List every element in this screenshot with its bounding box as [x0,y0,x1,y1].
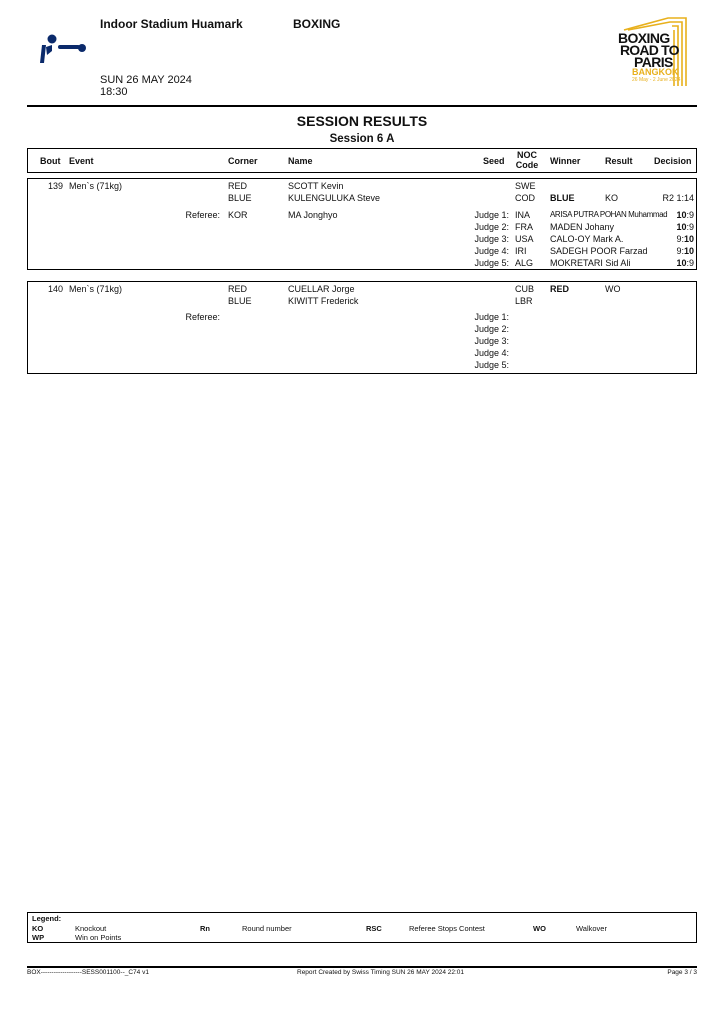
legend-desc-wo: Walkover [576,924,607,933]
sport-name: BOXING [293,17,340,31]
red-boxer-name: SCOTT Kevin [288,181,343,191]
venue-name: Indoor Stadium Huamark [100,17,243,31]
col-winner: Winner [550,156,580,166]
result: WO [605,284,621,294]
col-bout: Bout [40,156,61,166]
judge-score: 9:10 [648,246,694,256]
col-seed: Seed [483,156,505,166]
judge-noc: IRI [515,246,527,256]
judge-name: SADEGH POOR Farzad [550,246,648,256]
referee-noc: KOR [228,210,248,220]
judge-score: 10:9 [648,258,694,268]
table-header: Bout Event Corner Name Seed NOC Code Win… [27,148,697,173]
judge-label: Judge 1: [448,312,509,322]
judge-score-blue: 10 [684,234,694,244]
blue-noc: LBR [515,296,533,306]
judge-label: Judge 2: [448,222,509,232]
judge-label: Judge 5: [448,360,509,370]
legend-box: Legend: KO Knockout Rn Round number RSC … [27,912,697,943]
winner: BLUE [550,193,575,203]
page-number: Page 3 / 3 [620,969,697,976]
judge-score: 9:10 [648,234,694,244]
legend-code-ko: KO [32,924,43,933]
judge-score: 10:9 [648,210,694,220]
judge-label: Judge 1: [448,210,509,220]
report-created: Report Created by Swiss Timing SUN 26 MA… [297,969,464,976]
blue-boxer-name: KULENGULUKA Steve [288,193,380,203]
logo-line-4: BANGKOK [632,68,679,77]
judge-name: CALO-OY Mark A. [550,234,623,244]
judge-label: Judge 5: [448,258,509,268]
legend-code-wo: WO [533,924,546,933]
red-boxer-name: CUELLAR Jorge [288,284,355,294]
judge-score-red: 10 [676,222,686,232]
judge-name: MOKRETARI Sid Ali [550,258,630,268]
col-result: Result [605,156,633,166]
legend-code-rn: Rn [200,924,210,933]
judge-label: Judge 3: [448,234,509,244]
judge-name: MADEN Johany [550,222,614,232]
bout-event: Men`s (71kg) [69,181,122,191]
legend-desc-rsc: Referee Stops Contest [409,924,485,933]
legend-desc-rn: Round number [242,924,292,933]
judge-noc: ALG [515,258,533,268]
judge-noc: FRA [515,222,533,232]
session-date: SUN 26 MAY 2024 [100,74,192,86]
session-time: 18:30 [100,86,128,98]
legend-code-rsc: RSC [366,924,382,933]
legend-desc-ko: Knockout [75,924,106,933]
col-noc-line1: NOC [515,150,539,160]
result: KO [605,193,618,203]
header-divider [27,105,697,107]
col-decision: Decision [654,156,692,166]
blue-noc: COD [515,193,535,203]
bout-number: 140 [28,284,63,294]
judge-label: Judge 3: [448,336,509,346]
judge-score-blue: 9 [689,210,694,220]
judge-score-red: 10 [676,210,686,220]
legend-desc-wp: Win on Points [75,933,121,942]
report-title: SESSION RESULTS [0,113,724,129]
red-corner-label: RED [228,181,247,191]
boxing-pictogram-icon [36,33,92,67]
session-subtitle: Session 6 A [0,133,724,145]
judge-noc: USA [515,234,534,244]
blue-corner-label: BLUE [228,193,252,203]
col-name: Name [288,156,313,166]
judge-label: Judge 2: [448,324,509,334]
logo-dates: 26 May - 2 June 2024 [632,77,680,83]
judge-score-blue: 9 [689,258,694,268]
bout-number: 139 [28,181,63,191]
judge-noc: INA [515,210,530,220]
boxing-road-to-paris-logo: BOXING ROAD TO PARIS BANGKOK 26 May - 2 … [612,16,692,92]
judge-score-red: 10 [676,258,686,268]
decision: R2 1:14 [628,193,694,203]
judge-score-blue: 9 [689,222,694,232]
report-code: BOX-------------------SESS001100--_C74 v… [27,969,149,976]
footer-divider [27,966,697,968]
blue-boxer-name: KIWITT Frederick [288,296,358,306]
judge-label: Judge 4: [448,246,509,256]
judge-label: Judge 4: [448,348,509,358]
bout-block-139: 139 Men`s (71kg) RED SCOTT Kevin SWE BLU… [27,178,697,270]
bout-event: Men`s (71kg) [69,284,122,294]
referee-label: Referee: [168,210,220,220]
col-event: Event [69,156,94,166]
col-corner: Corner [228,156,258,166]
red-noc: SWE [515,181,536,191]
judge-score: 10:9 [648,222,694,232]
bout-block-140: 140 Men`s (71kg) RED CUELLAR Jorge CUB R… [27,281,697,374]
winner: RED [550,284,569,294]
legend-title: Legend: [32,914,61,923]
blue-corner-label: BLUE [228,296,252,306]
referee-name: MA Jonghyo [288,210,338,220]
red-noc: CUB [515,284,534,294]
col-noc-line2: Code [515,160,539,170]
judge-score-blue: 10 [684,246,694,256]
red-corner-label: RED [228,284,247,294]
legend-code-wp: WP [32,933,44,942]
referee-label: Referee: [168,312,220,322]
